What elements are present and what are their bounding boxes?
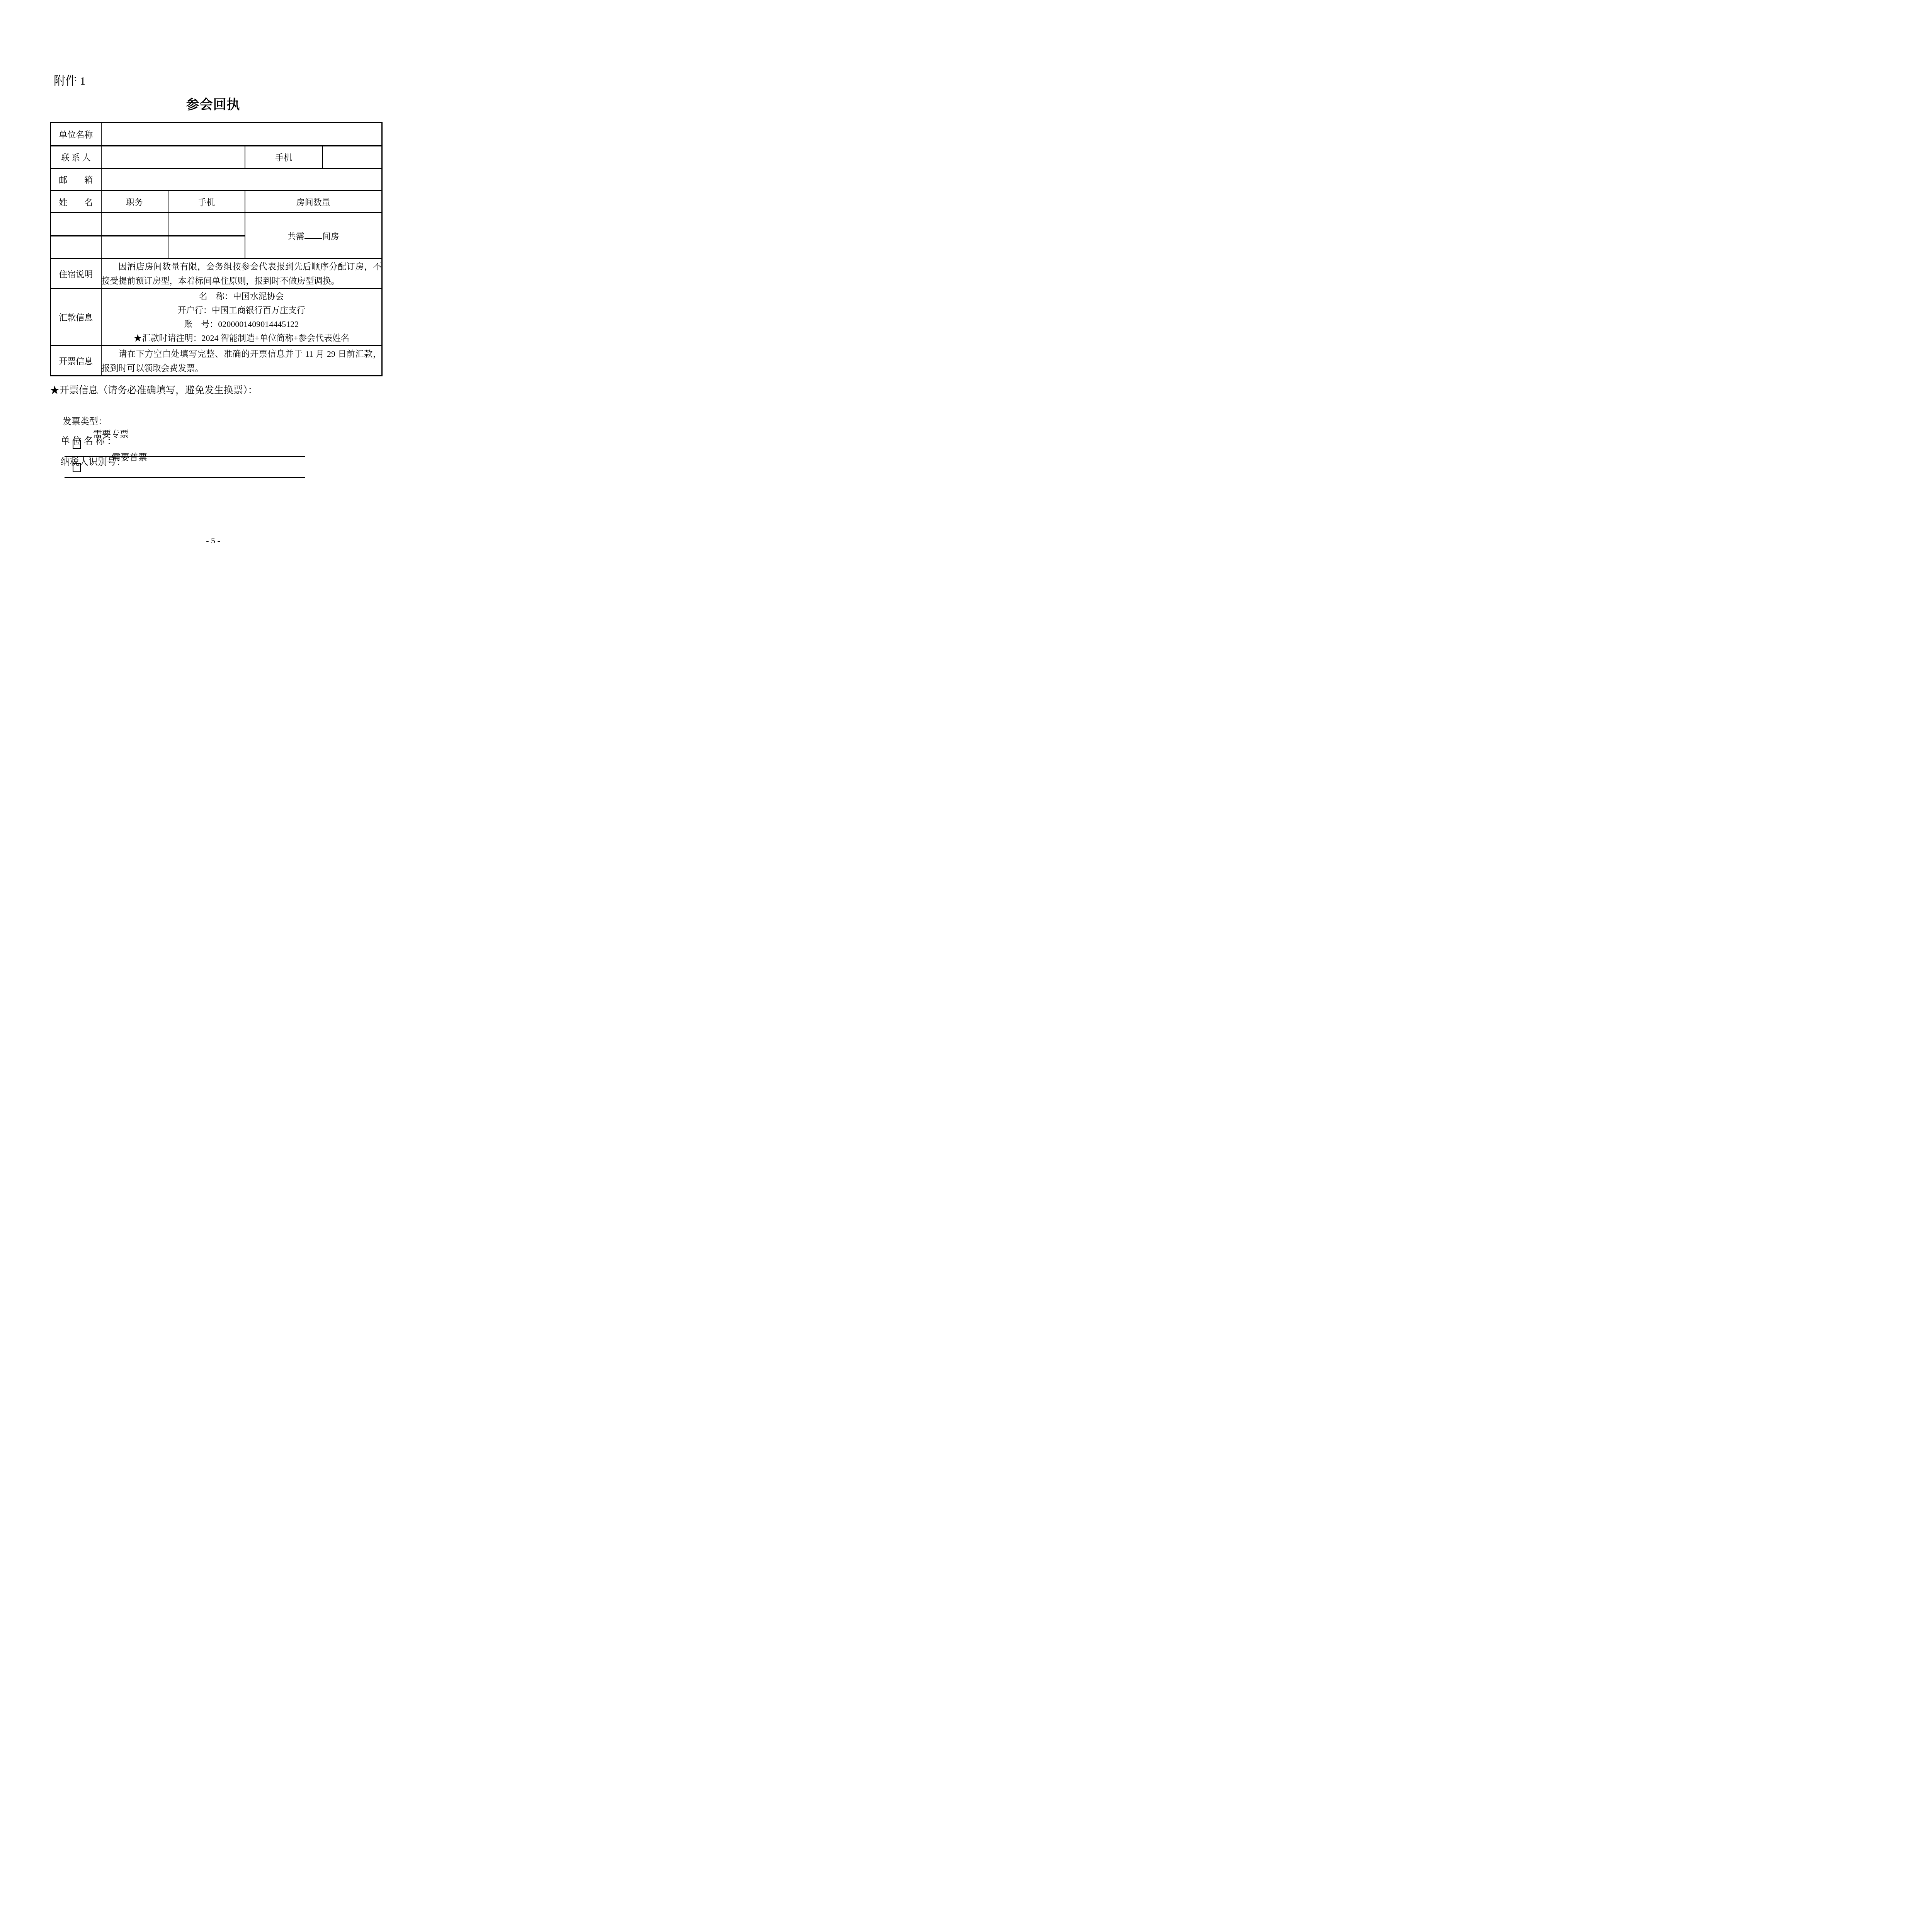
taxpayer-id-line: 纳税人识别号： (51, 444, 305, 488)
rooms-total-suffix: 间房 (322, 231, 339, 241)
attendee-position-input-cell[interactable] (101, 236, 168, 259)
taxpayer-id-blank[interactable] (65, 468, 305, 478)
rooms-count-blank[interactable] (304, 237, 322, 239)
attendee-name-input-cell[interactable] (51, 236, 101, 259)
invoice-text-cell: 请在下方空白处填写完整、准确的开票信息并于 11 月 29 日前汇款，报到时可以… (101, 346, 382, 376)
email-input-cell[interactable] (101, 168, 382, 191)
taxpayer-id-label: 纳税人识别号： (61, 457, 126, 467)
rooms-total-prefix: 共需 (287, 231, 304, 241)
remittance-account-name: 名 称：中国水泥协会 (102, 289, 382, 303)
attendee-row: 共需间房 (51, 213, 382, 236)
accommodation-label: 住宿说明 (51, 259, 101, 289)
attendee-mobile-input-cell[interactable] (168, 213, 245, 236)
rooms-total-cell[interactable]: 共需间房 (245, 213, 382, 259)
table-row: 开票信息 请在下方空白处填写完整、准确的开票信息并于 11 月 29 日前汇款，… (51, 346, 382, 376)
contact-phone-input-cell[interactable] (323, 146, 382, 168)
attendee-mobile-input-cell[interactable] (168, 236, 245, 259)
contact-input-cell[interactable] (101, 146, 245, 168)
remittance-text-cell: 名 称：中国水泥协会 开户行：中国工商银行百万庄支行 账 号：020000140… (101, 289, 382, 346)
remittance-account-number: 账 号：0200001409014445122 (102, 317, 382, 331)
invoice-label: 开票信息 (51, 346, 101, 376)
attachment-label: 附件 1 (54, 75, 86, 88)
position-column-header: 职务 (101, 191, 168, 213)
contact-phone-label: 手机 (245, 146, 323, 168)
rooms-column-header: 房间数量 (245, 191, 382, 213)
name-column-header: 姓 名 (51, 191, 101, 213)
invoice-text: 请在下方空白处填写完整、准确的开票信息并于 11 月 29 日前汇款，报到时可以… (102, 347, 382, 375)
email-label: 邮 箱 (51, 168, 101, 191)
table-row: 汇款信息 名 称：中国水泥协会 开户行：中国工商银行百万庄支行 账 号：0200… (51, 289, 382, 346)
invoice-note-line: ★开票信息（请务必准确填写，避免发生换票）： (50, 383, 258, 396)
table-row: 单位名称 (51, 123, 382, 146)
unit-name-label: 单位名称 (51, 123, 101, 146)
remittance-label: 汇款信息 (51, 289, 101, 346)
unit-name-input-cell[interactable] (101, 123, 382, 146)
attendee-name-input-cell[interactable] (51, 213, 101, 236)
table-row: 住宿说明 因酒店房间数量有限，会务组按参会代表报到先后顺序分配订房，不接受提前预… (51, 259, 382, 289)
contact-label: 联 系 人 (51, 146, 101, 168)
remittance-bank: 开户行：中国工商银行百万庄支行 (102, 303, 382, 317)
document-page: 附件 1 参会回执 单位名称 联 系 人 手机 邮 箱 (0, 0, 426, 603)
mobile-column-header: 手机 (168, 191, 245, 213)
accommodation-text-cell: 因酒店房间数量有限，会务组按参会代表报到先后顺序分配订房，不接受提前预订房型，本… (101, 259, 382, 289)
table-header-row: 姓 名 职务 手机 房间数量 (51, 191, 382, 213)
attendee-position-input-cell[interactable] (101, 213, 168, 236)
table-row: 邮 箱 (51, 168, 382, 191)
accommodation-text: 因酒店房间数量有限，会务组按参会代表报到先后顺序分配订房，不接受提前预订房型，本… (102, 259, 382, 288)
reply-form-table: 单位名称 联 系 人 手机 邮 箱 姓 名 职务 手机 房间数量 (50, 122, 383, 376)
remittance-note: ★汇款时请注明：2024 智能制造+单位简称+参会代表姓名 (102, 331, 382, 345)
table-row: 联 系 人 手机 (51, 146, 382, 168)
page-title: 参会回执 (0, 94, 426, 113)
page-number: - 5 - (0, 536, 426, 546)
